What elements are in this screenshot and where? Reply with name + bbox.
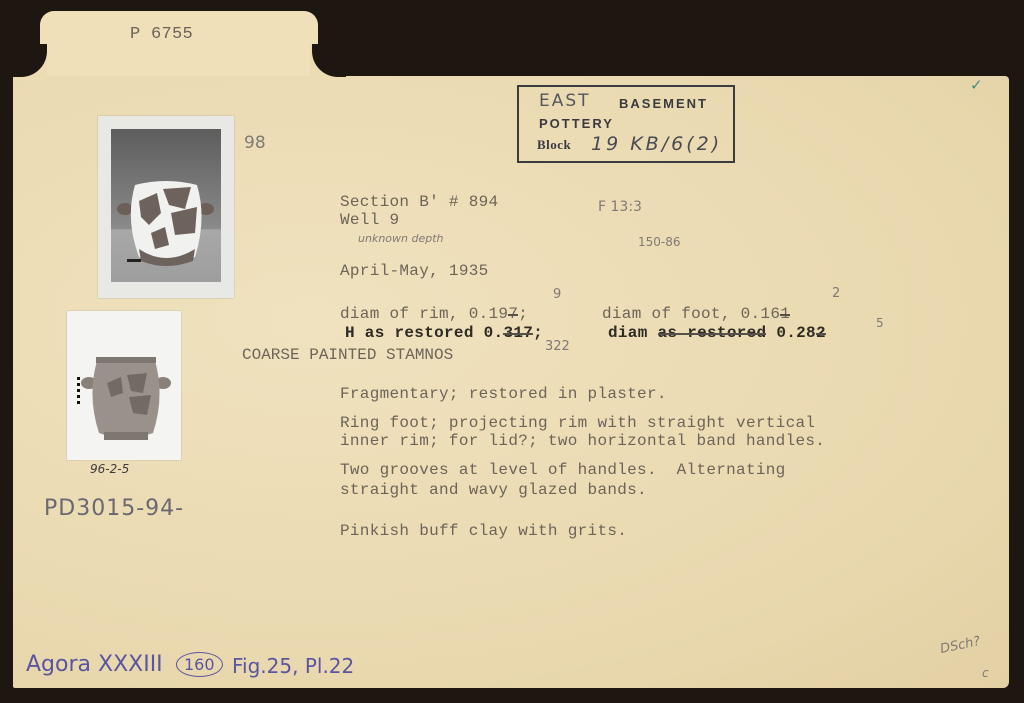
tab-corner-right (310, 44, 346, 80)
publication-figure: Fig.25, Pl.22 (232, 654, 354, 678)
description-decoration: Two grooves at level of handles. Alterna… (340, 460, 786, 500)
grid-note: F 13:3 (598, 199, 642, 215)
excavation-date: April-May, 1935 (340, 262, 489, 280)
foot-correction: 2 (832, 286, 840, 301)
dimension-foot: diam of foot, 0.161 (602, 305, 790, 323)
stamp-basement: BASEMENT (619, 96, 708, 111)
vase-image-restored (67, 311, 181, 460)
stamp-block-handwritten: 19 KB/6(2) (591, 133, 722, 155)
publication-volume: Agora XXXIII (26, 652, 163, 677)
dimension-height: H as restored 0.317; (345, 324, 543, 342)
photo1-note: 98 (244, 133, 266, 153)
storage-location-stamp: EAST BASEMENT POTTERY Block 19 KB/6(2) (517, 85, 735, 163)
catalog-number: P 6755 (130, 25, 193, 44)
description-fabric: Pinkish buff clay with grits. (340, 522, 627, 540)
photo-stamnos-1[interactable] (98, 116, 234, 298)
height-correction: 322 (545, 339, 570, 354)
description-shape: Ring foot; projecting rim with straight … (340, 414, 825, 450)
section-number: Section B' # 894 (340, 193, 498, 211)
negative-number: PD3015-94- (44, 496, 184, 521)
object-title: COARSE PAINTED STAMNOS (242, 346, 453, 364)
vase-image (111, 129, 221, 282)
publication-catalog-number: 160 (176, 652, 223, 677)
dimension-rim: diam of rim, 0.197; (340, 305, 528, 323)
rim-correction: 9 (553, 287, 561, 302)
description-condition: Fragmentary; restored in plaster. (340, 385, 667, 403)
date-note: 150-86 (638, 235, 681, 249)
photo2-caption: 96-2-5 (90, 462, 129, 476)
index-card-tab (40, 11, 318, 83)
well-number: Well 9 (340, 211, 399, 229)
dimension-diameter: diam as restored 0.282 (608, 324, 826, 342)
diameter-correction: 5 (876, 316, 884, 330)
depth-note: unknown depth (358, 232, 444, 245)
stamp-east-handwritten: EAST (539, 91, 591, 111)
corner-note-2: c (982, 666, 989, 680)
photo-stamnos-2[interactable] (67, 311, 181, 460)
stamp-block-label: Block (537, 137, 571, 153)
tab-corner-left (13, 44, 47, 80)
stamp-pottery: POTTERY (539, 116, 614, 131)
checkmark-icon: ✓ (970, 76, 983, 94)
